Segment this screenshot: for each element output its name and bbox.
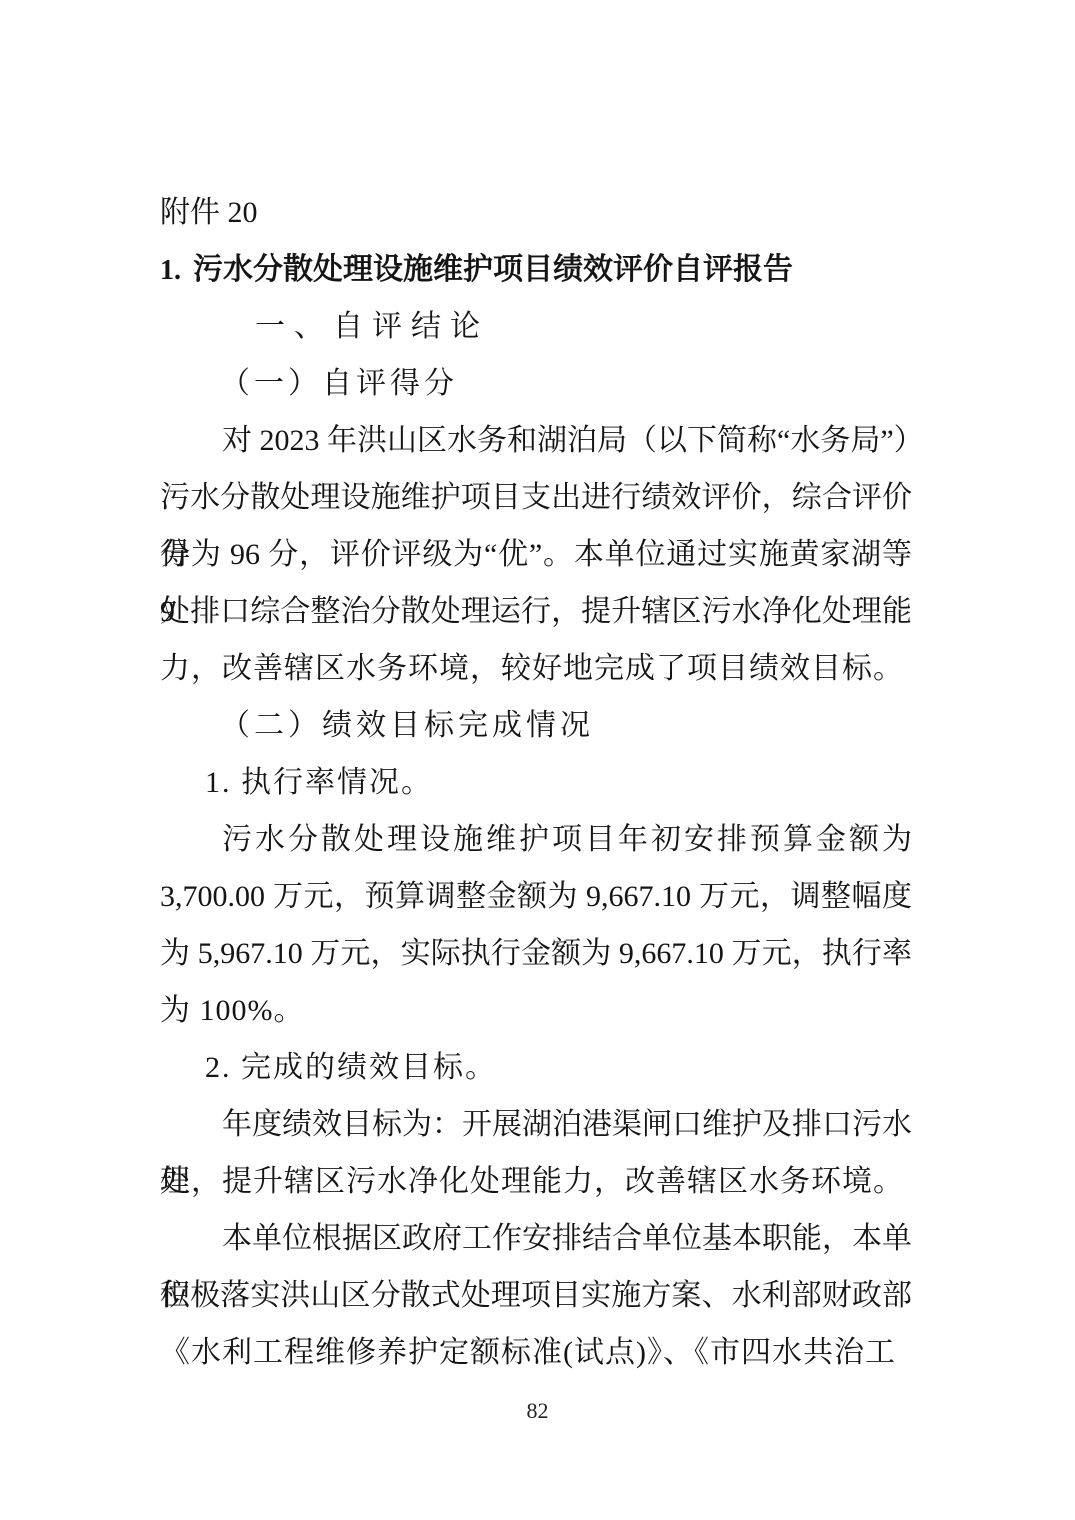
paragraph-line: 对 2023 年洪山区水务和湖泊局（以下简称“水务局”） [160, 412, 912, 469]
document-title: 1.污水分散处理设施维护项目绩效评价自评报告 [160, 241, 912, 298]
title-text: 污水分散处理设施维护项目绩效评价自评报告 [193, 253, 793, 286]
heading-execution-rate: 1. 执行率情况。 [160, 754, 912, 811]
paragraph-line: 年度绩效目标为：开展湖泊港渠闸口维护及排口污水处 [160, 1096, 912, 1153]
page-number: 82 [0, 1396, 1075, 1426]
paragraph-line: 积极落实洪山区分散式处理项目实施方案、水利部财政部 [160, 1267, 912, 1324]
document-page: 附件 20 1.污水分散处理设施维护项目绩效评价自评报告 一、自评结论 （一）自… [0, 0, 1075, 1520]
paragraph-line: 为 5,967.10 万元，实际执行金额为 9,667.10 万元，执行率 [160, 925, 912, 982]
heading-self-evaluation-score: （一）自评得分 [160, 355, 912, 412]
paragraph-line: 污水分散处理设施维护项目支出进行绩效评价，综合评价得 [160, 469, 912, 526]
heading-performance-target-completion: （二）绩效目标完成情况 [160, 697, 912, 754]
paragraph-line: 3,700.00 万元，预算调整金额为 9,667.10 万元，调整幅度 [160, 868, 912, 925]
paragraph-line: 污水分散处理设施维护项目年初安排预算金额为 [160, 811, 912, 868]
paragraph-line: 理，提升辖区污水净化处理能力，改善辖区水务环境。 [160, 1153, 912, 1210]
paragraph-line: 分为 96 分，评价评级为“优”。本单位通过实施黄家湖等 9 [160, 526, 912, 583]
heading-completed-targets: 2. 完成的绩效目标。 [160, 1039, 912, 1096]
paragraph-line: 本单位根据区政府工作安排结合单位基本职能，本单位 [160, 1210, 912, 1267]
paragraph-line: 为 100%。 [160, 982, 912, 1039]
paragraph-line: 处排口综合整治分散处理运行，提升辖区污水净化处理能 [160, 583, 912, 640]
paragraph-line: 《水利工程维修养护定额标准(试点)》、《市四水共治工 [160, 1324, 912, 1381]
attachment-label: 附件 20 [160, 184, 912, 241]
title-number: 1. [160, 255, 181, 286]
document-body: 附件 20 1.污水分散处理设施维护项目绩效评价自评报告 一、自评结论 （一）自… [160, 184, 912, 1381]
heading-self-evaluation-conclusion: 一、自评结论 [160, 298, 912, 355]
paragraph-line: 力，改善辖区水务环境，较好地完成了项目绩效目标。 [160, 640, 912, 697]
